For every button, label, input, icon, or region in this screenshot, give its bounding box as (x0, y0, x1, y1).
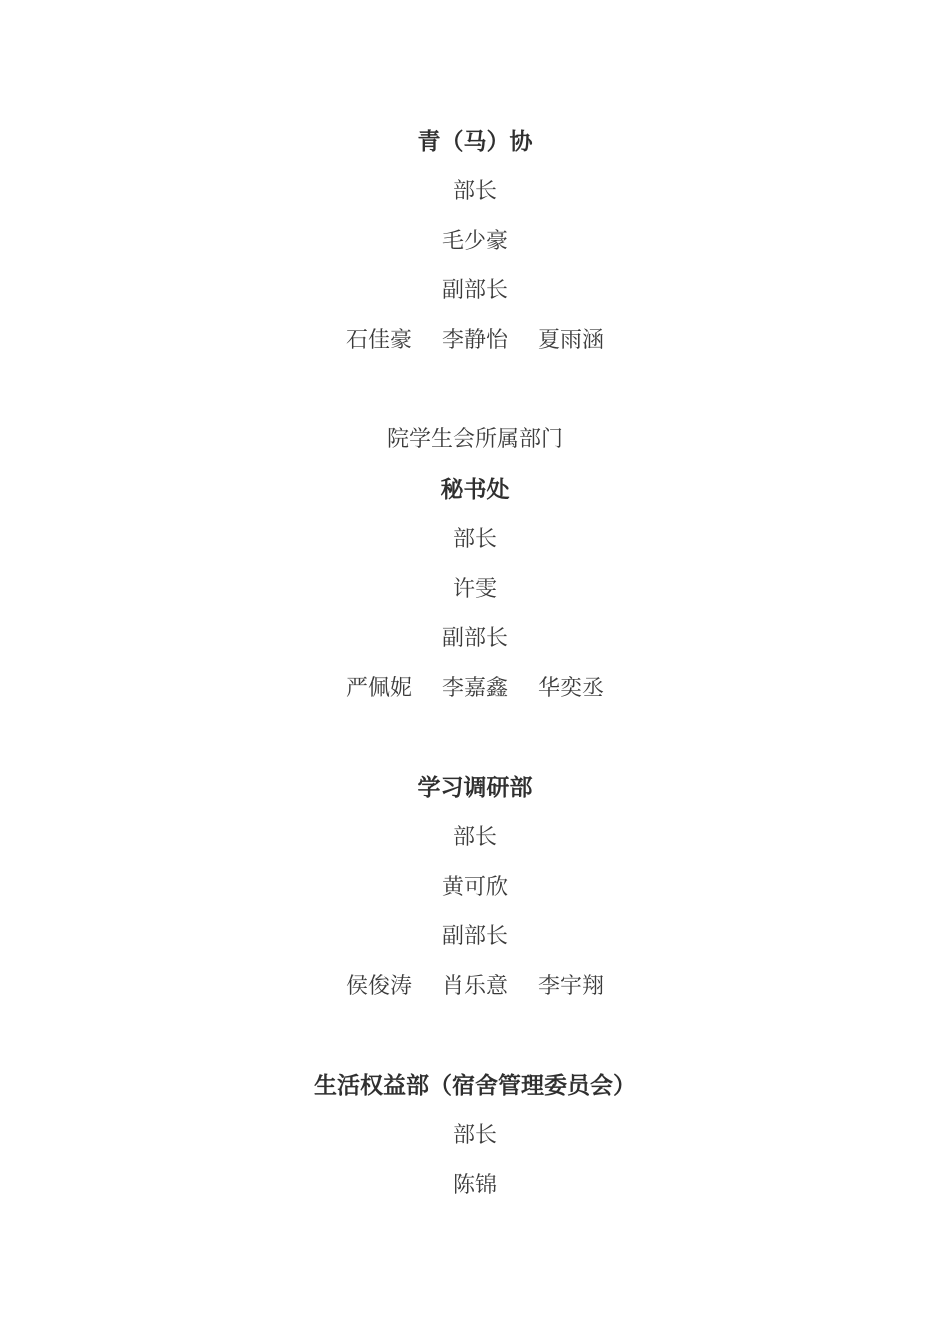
members-row: 石佳豪李静怡夏雨涵 (0, 314, 950, 364)
role-label: 部长 (0, 165, 950, 215)
member-name: 夏雨涵 (538, 323, 604, 354)
document-page: 青（马）协部长毛少豪副部长石佳豪李静怡夏雨涵院学生会所属部门秘书处部长许雯副部长… (0, 0, 950, 1343)
group-caption: 院学生会所属部门 (0, 413, 950, 463)
members-row: 陈锦 (0, 1158, 950, 1208)
department-section: 秘书处部长许雯副部长严佩妮李嘉鑫华奕丞 (0, 463, 950, 711)
members-row: 黄可欣 (0, 860, 950, 910)
members-row: 许雯 (0, 562, 950, 612)
department-title: 秘书处 (0, 463, 950, 513)
member-name: 李嘉鑫 (442, 671, 508, 702)
role-label: 部长 (0, 1109, 950, 1159)
member-name: 石佳豪 (346, 323, 412, 354)
department-title: 青（马）协 (0, 115, 950, 165)
members-row: 侯俊涛肖乐意李宇翔 (0, 960, 950, 1010)
member-name: 毛少豪 (442, 224, 508, 255)
group-caption-section: 院学生会所属部门 (0, 413, 950, 463)
members-row: 严佩妮李嘉鑫华奕丞 (0, 662, 950, 712)
member-name: 黄可欣 (442, 870, 508, 901)
department-title: 生活权益部（宿舍管理委员会） (0, 1059, 950, 1109)
member-name: 华奕丞 (538, 671, 604, 702)
member-name: 李静怡 (442, 323, 508, 354)
role-label: 副部长 (0, 910, 950, 960)
role-label: 副部长 (0, 612, 950, 662)
member-name: 严佩妮 (346, 671, 412, 702)
department-title: 学习调研部 (0, 761, 950, 811)
member-name: 侯俊涛 (346, 969, 412, 1000)
department-section: 学习调研部部长黄可欣副部长侯俊涛肖乐意李宇翔 (0, 761, 950, 1009)
role-label: 部长 (0, 513, 950, 563)
member-name: 肖乐意 (442, 969, 508, 1000)
role-label: 部长 (0, 811, 950, 861)
member-name: 许雯 (453, 572, 497, 603)
department-section: 青（马）协部长毛少豪副部长石佳豪李静怡夏雨涵 (0, 115, 950, 363)
member-name: 陈锦 (453, 1168, 497, 1199)
member-name: 李宇翔 (538, 969, 604, 1000)
department-section: 生活权益部（宿舍管理委员会）部长陈锦 (0, 1059, 950, 1208)
members-row: 毛少豪 (0, 214, 950, 264)
role-label: 副部长 (0, 264, 950, 314)
document-body: 青（马）协部长毛少豪副部长石佳豪李静怡夏雨涵院学生会所属部门秘书处部长许雯副部长… (0, 115, 950, 1208)
